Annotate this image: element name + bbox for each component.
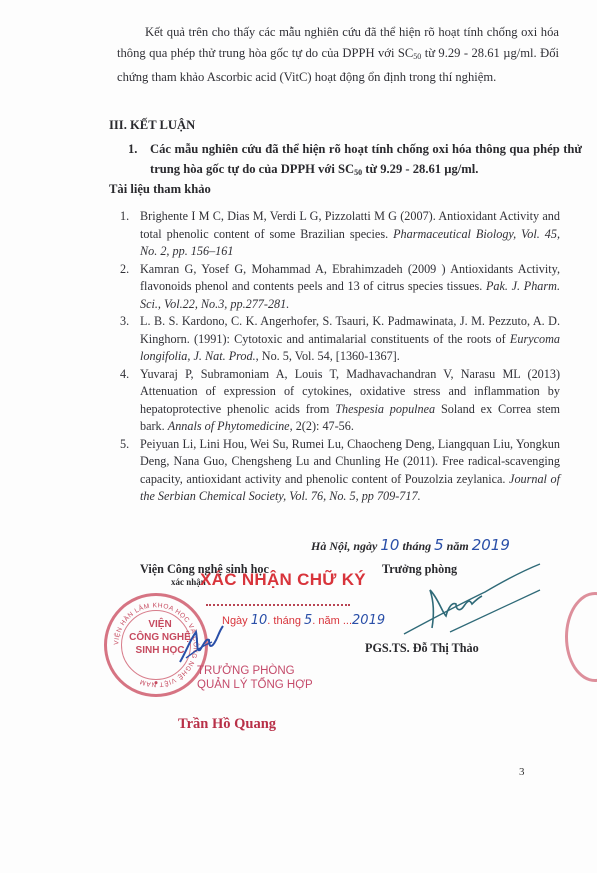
- reference-item: 1. Brighente I M C, Dias M, Verdi L G, P…: [140, 208, 560, 261]
- stamp-handwritten-year: 2019: [352, 613, 385, 628]
- blue-signature-icon: [176, 622, 226, 666]
- reference-number: 5.: [120, 436, 129, 454]
- edge-seal-icon: [565, 592, 597, 682]
- references-list: 1. Brighente I M C, Dias M, Verdi L G, P…: [140, 208, 560, 506]
- reference-text: Peiyuan Li, Lini Hou, Wei Su, Rumei Lu, …: [140, 437, 560, 486]
- stamp-month-label: . tháng: [267, 615, 304, 627]
- reference-pages: 2(2): 47-56.: [293, 419, 354, 433]
- document-page: Kết quả trên cho thấy các mẫu nghiên cứu…: [0, 0, 597, 873]
- conclusion-subscript: 50: [354, 168, 362, 177]
- month-label: tháng: [399, 539, 434, 553]
- conclusion-number: 1.: [128, 139, 150, 159]
- handwritten-month: 5: [434, 536, 444, 554]
- stamp-heading: XÁC NHẬN CHỮ KÝ: [200, 570, 366, 590]
- stamp-dotted-line: [206, 604, 350, 606]
- reference-species: Thespesia populnea: [335, 402, 435, 416]
- intro-paragraph: Kết quả trên cho thấy các mẫu nghiên cứu…: [117, 22, 559, 88]
- right-signature-icon: [390, 560, 550, 640]
- place-date-line: Hà Nội, ngày 10 tháng 5 năm 2019: [311, 536, 510, 554]
- stamp-signer-name: Trần Hồ Quang: [178, 716, 276, 733]
- reference-item: 5. Peiyuan Li, Lini Hou, Wei Su, Rumei L…: [140, 436, 560, 506]
- year-label: năm: [444, 539, 472, 553]
- stamp-date-prefix: Ngày: [222, 615, 251, 627]
- stamp-date: Ngày 10. tháng 5. năm ...2019: [222, 613, 385, 628]
- reference-text: L. B. S. Kardono, C. K. Angerhofer, S. T…: [140, 314, 560, 346]
- handwritten-year: 2019: [472, 536, 510, 554]
- stamp-role: TRƯỞNG PHÒNG QUẢN LÝ TỔNG HỢP: [197, 664, 313, 692]
- reference-number: 4.: [120, 366, 129, 384]
- references-title: Tài liệu tham khảo: [109, 182, 211, 197]
- stamp-year-label: . năm ...: [312, 615, 352, 627]
- conclusion-text-after: từ 9.29 - 28.61 µg/ml.: [362, 162, 478, 176]
- stamp-role-line2: QUẢN LÝ TỔNG HỢP: [197, 678, 313, 692]
- right-signer-name: PGS.TS. Đỗ Thị Thảo: [365, 641, 479, 656]
- handwritten-day: 10: [380, 536, 399, 554]
- reference-number: 1.: [120, 208, 129, 226]
- reference-number: 3.: [120, 313, 129, 331]
- reference-item: 4. Yuvaraj P, Subramoniam A, Louis T, Ma…: [140, 366, 560, 436]
- reference-tail: , No. 5, Vol. 54, [1360-1367].: [256, 349, 400, 363]
- reference-number: 2.: [120, 261, 129, 279]
- section-heading: III. KẾT LUẬN: [109, 118, 195, 133]
- reference-journal: Annals of Phytomedicine,: [168, 419, 293, 433]
- conclusion-item: 1.Các mẫu nghiên cứu đã thể hiện rõ hoạt…: [128, 139, 582, 183]
- date-prefix: Hà Nội, ngày: [311, 539, 380, 553]
- reference-item: 2. Kamran G, Yosef G, Mohammad A, Ebrahi…: [140, 261, 560, 314]
- stamp-role-line1: TRƯỞNG PHÒNG: [197, 664, 313, 678]
- page-number: 3: [519, 766, 525, 778]
- reference-item: 3. L. B. S. Kardono, C. K. Angerhofer, S…: [140, 313, 560, 366]
- stamp-handwritten-day: 10: [251, 613, 268, 628]
